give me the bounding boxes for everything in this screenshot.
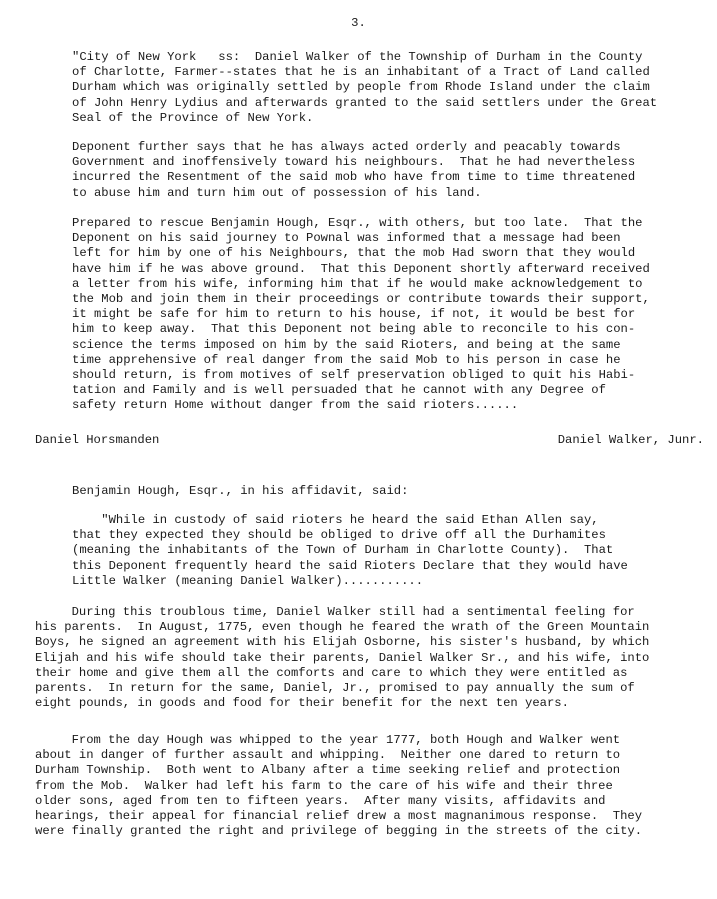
affidavit-paragraph-3: Prepared to rescue Benjamin Hough, Esqr.… <box>72 216 650 414</box>
hough-intro: Benjamin Hough, Esqr., in his affidavit,… <box>72 484 408 499</box>
signature-witness: Daniel Horsmanden <box>35 433 159 447</box>
hough-quote: "While in custody of said rioters he hea… <box>72 513 628 589</box>
page-number: 3. <box>0 16 717 30</box>
affidavit-paragraph-2: Deponent further says that he has always… <box>72 140 635 201</box>
affidavit-paragraph-1: "City of New York ss: Daniel Walker of t… <box>72 50 657 126</box>
narrative-paragraph-1: During this troublous time, Daniel Walke… <box>35 605 649 711</box>
signature-deponent: Daniel Walker, Junr. <box>558 433 704 447</box>
document-page: 3. "City of New York ss: Daniel Walker o… <box>0 0 717 899</box>
narrative-paragraph-2: From the day Hough was whipped to the ye… <box>35 733 642 839</box>
